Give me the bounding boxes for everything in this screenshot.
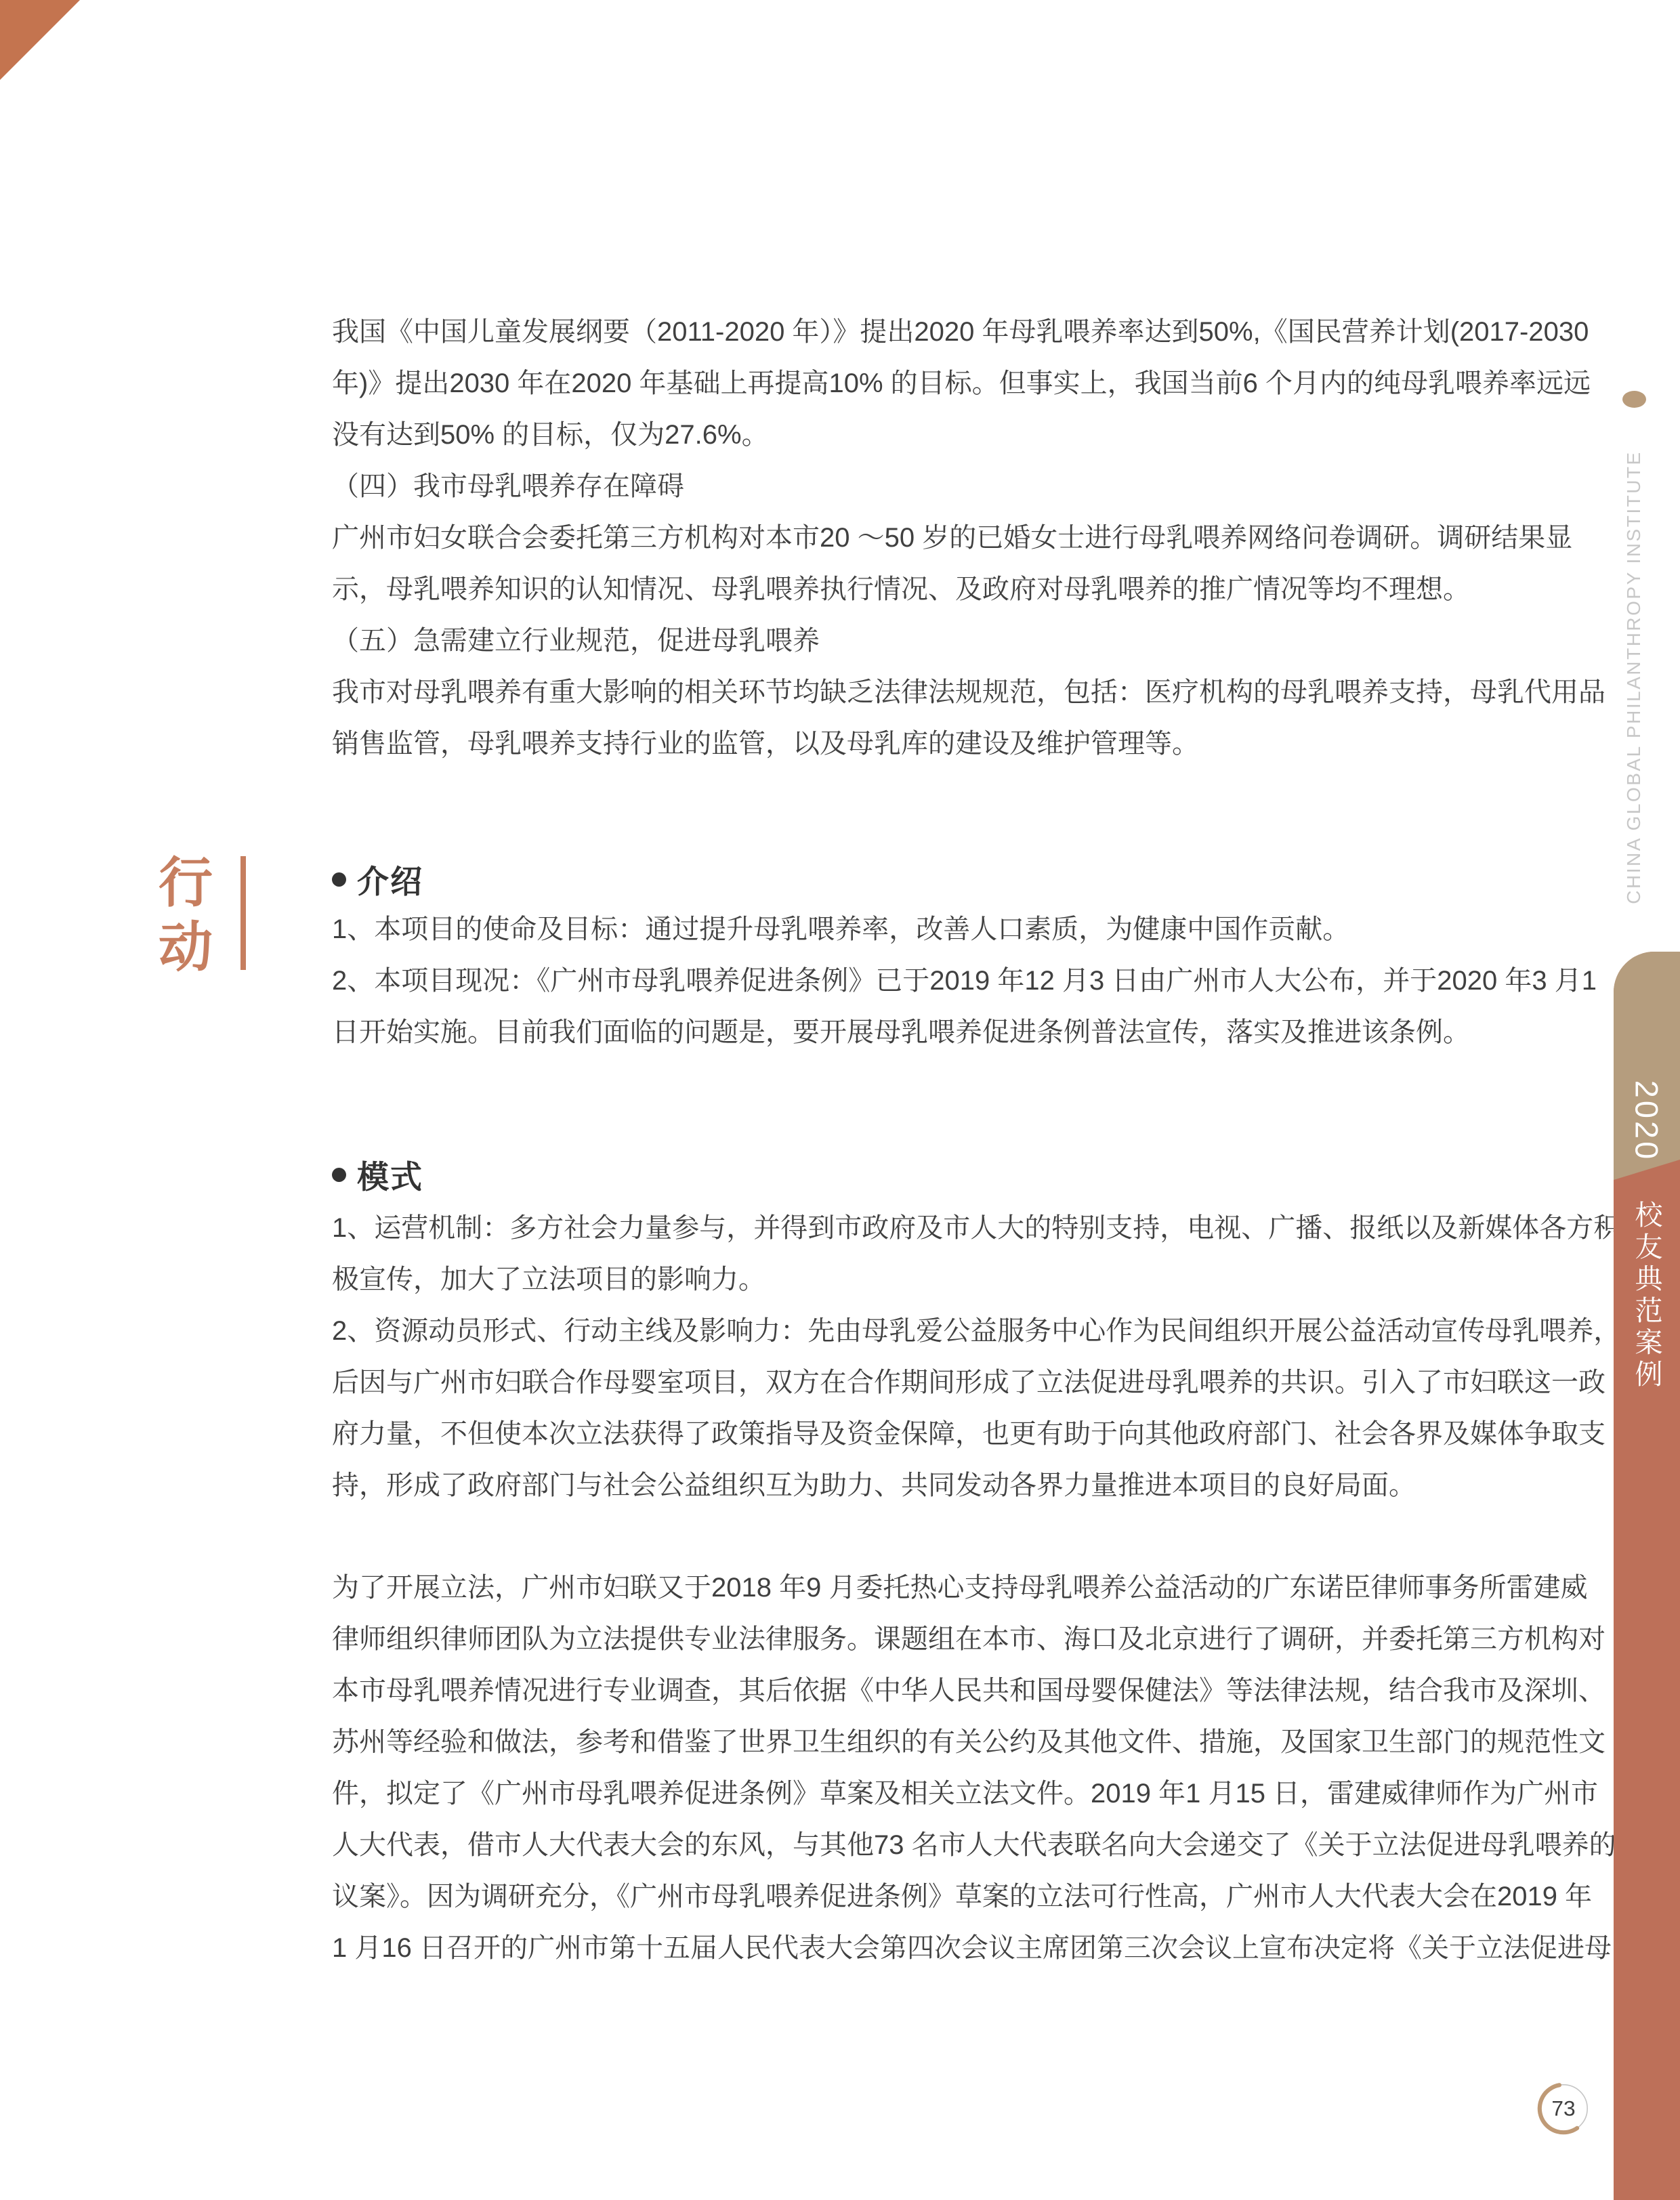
document-page: 我国《中国儿童发展纲要（2011-2020 年）》提出2020 年母乳喂养率达到… — [0, 0, 1680, 2200]
edge-tab-label: 校友典范案例 — [1627, 1200, 1667, 1391]
chapter-label-char: 行 — [156, 851, 215, 915]
text-line: （五）急需建立行业规范，促进母乳喂养 — [332, 615, 1545, 667]
section-heading-text: 介绍 — [357, 857, 423, 902]
page-number-text: 73 — [1551, 2096, 1575, 2121]
text-line: 极宣传，加大了立法项目的影响力。 — [332, 1254, 1545, 1305]
section-heading-text: 模式 — [357, 1152, 423, 1198]
text-line: 1、运营机制：多方社会力量参与，并得到市政府及市人大的特别支持，电视、广播、报纸… — [332, 1202, 1545, 1254]
mode-paragraphs: 1、运营机制：多方社会力量参与，并得到市政府及市人大的特别支持，电视、广播、报纸… — [332, 1202, 1545, 1511]
text-line: 持，形成了政府部门与社会公益组织互为助力、共同发动各界力量推进本项目的良好局面。 — [332, 1460, 1545, 1511]
text-line: 2、资源动员形式、行动主线及影响力：先由母乳爱公益服务中心作为民间组织开展公益活… — [332, 1305, 1545, 1357]
closing-paragraphs: 为了开展立法，广州市妇联又于2018 年9 月委托热心支持母乳喂养公益活动的广东… — [332, 1562, 1545, 1974]
text-line: 年)》提出2030 年在2020 年基础上再提高10% 的目标。但事实上，我国当… — [332, 358, 1545, 409]
institute-vertical-text: CHINA GLOBAL PHILANTHROPY INSTITUTE — [1623, 450, 1645, 904]
corner-triangle-decoration — [0, 0, 80, 80]
chapter-label-rule — [240, 856, 246, 970]
chapter-label-char: 动 — [156, 915, 215, 979]
bullet-dot-icon — [332, 872, 346, 887]
text-line: 议案》。因为调研充分，《广州市母乳喂养促进条例》草案的立法可行性高，广州市人大代… — [332, 1871, 1545, 1922]
text-line: 没有达到50% 的目标，仅为27.6%。 — [332, 409, 1545, 461]
section-heading-mode: 模式 — [332, 1149, 423, 1200]
bullet-dot-icon — [332, 1168, 346, 1182]
text-line: （四）我市母乳喂养存在障碍 — [332, 461, 1545, 512]
chapter-label-action: 行 动 — [156, 851, 215, 979]
text-line: 府力量，不但使本次立法获得了政策指导及资金保障，也更有助于向其他政府部门、社会各… — [332, 1408, 1545, 1460]
text-line: 我市对母乳喂养有重大影响的相关环节均缺乏法律法规规范，包括：医疗机构的母乳喂养支… — [332, 667, 1545, 718]
text-line: 日开始实施。目前我们面临的问题是，要开展母乳喂养促进条例普法宣传，落实及推进该条… — [332, 1007, 1545, 1058]
text-line: 2、本项目现况：《广州市母乳喂养促进条例》已于2019 年12 月3 日由广州市… — [332, 955, 1545, 1007]
text-line: 人大代表，借市人大代表大会的东风，与其他73 名市人大代表联名向大会递交了《关于… — [332, 1819, 1545, 1871]
text-line: 1、本项目的使命及目标：通过提升母乳喂养率，改善人口素质，为健康中国作贡献。 — [332, 904, 1545, 955]
text-line: 1 月16 日召开的广州市第十五届人民代表大会第四次会议主席团第三次会议上宣布决… — [332, 1922, 1545, 1974]
page-number-badge: 73 — [1534, 2079, 1593, 2138]
text-line: 苏州等经验和做法，参考和借鉴了世界卫生组织的有关公约及其他文件、措施，及国家卫生… — [332, 1716, 1545, 1768]
text-line: 销售监管，母乳喂养支持行业的监管，以及母乳库的建设及维护管理等。 — [332, 718, 1545, 769]
edge-tab-year: 2020 — [1629, 1080, 1666, 1162]
text-line: 广州市妇女联合会委托第三方机构对本市20 ～50 岁的已婚女士进行母乳喂养网络问… — [332, 512, 1545, 564]
background-paragraphs: 我国《中国儿童发展纲要（2011-2020 年）》提出2020 年母乳喂养率达到… — [332, 306, 1545, 769]
page-number-circle-icon: 73 — [1534, 2079, 1593, 2138]
rail-dot-decoration — [1622, 391, 1646, 408]
text-line: 律师组织律师团队为立法提供专业法律服务。课题组在本市、海口及北京进行了调研，并委… — [332, 1613, 1545, 1665]
text-line: 后因与广州市妇联合作母婴室项目，双方在合作期间形成了立法促进母乳喂养的共识。引入… — [332, 1357, 1545, 1408]
text-line: 我国《中国儿童发展纲要（2011-2020 年）》提出2020 年母乳喂养率达到… — [332, 306, 1545, 358]
text-line: 为了开展立法，广州市妇联又于2018 年9 月委托热心支持母乳喂养公益活动的广东… — [332, 1562, 1545, 1613]
text-line: 件，拟定了《广州市母乳喂养促进条例》草案及相关立法文件。2019 年1 月15 … — [332, 1768, 1545, 1819]
text-line: 本市母乳喂养情况进行专业调查，其后依据《中华人民共和国母婴保健法》等法律法规，结… — [332, 1665, 1545, 1716]
intro-paragraphs: 1、本项目的使命及目标：通过提升母乳喂养率，改善人口素质，为健康中国作贡献。 2… — [332, 904, 1545, 1058]
text-line: 示，母乳喂养知识的认知情况、母乳喂养执行情况、及政府对母乳喂养的推广情况等均不理… — [332, 564, 1545, 615]
section-heading-intro: 介绍 — [332, 853, 423, 905]
